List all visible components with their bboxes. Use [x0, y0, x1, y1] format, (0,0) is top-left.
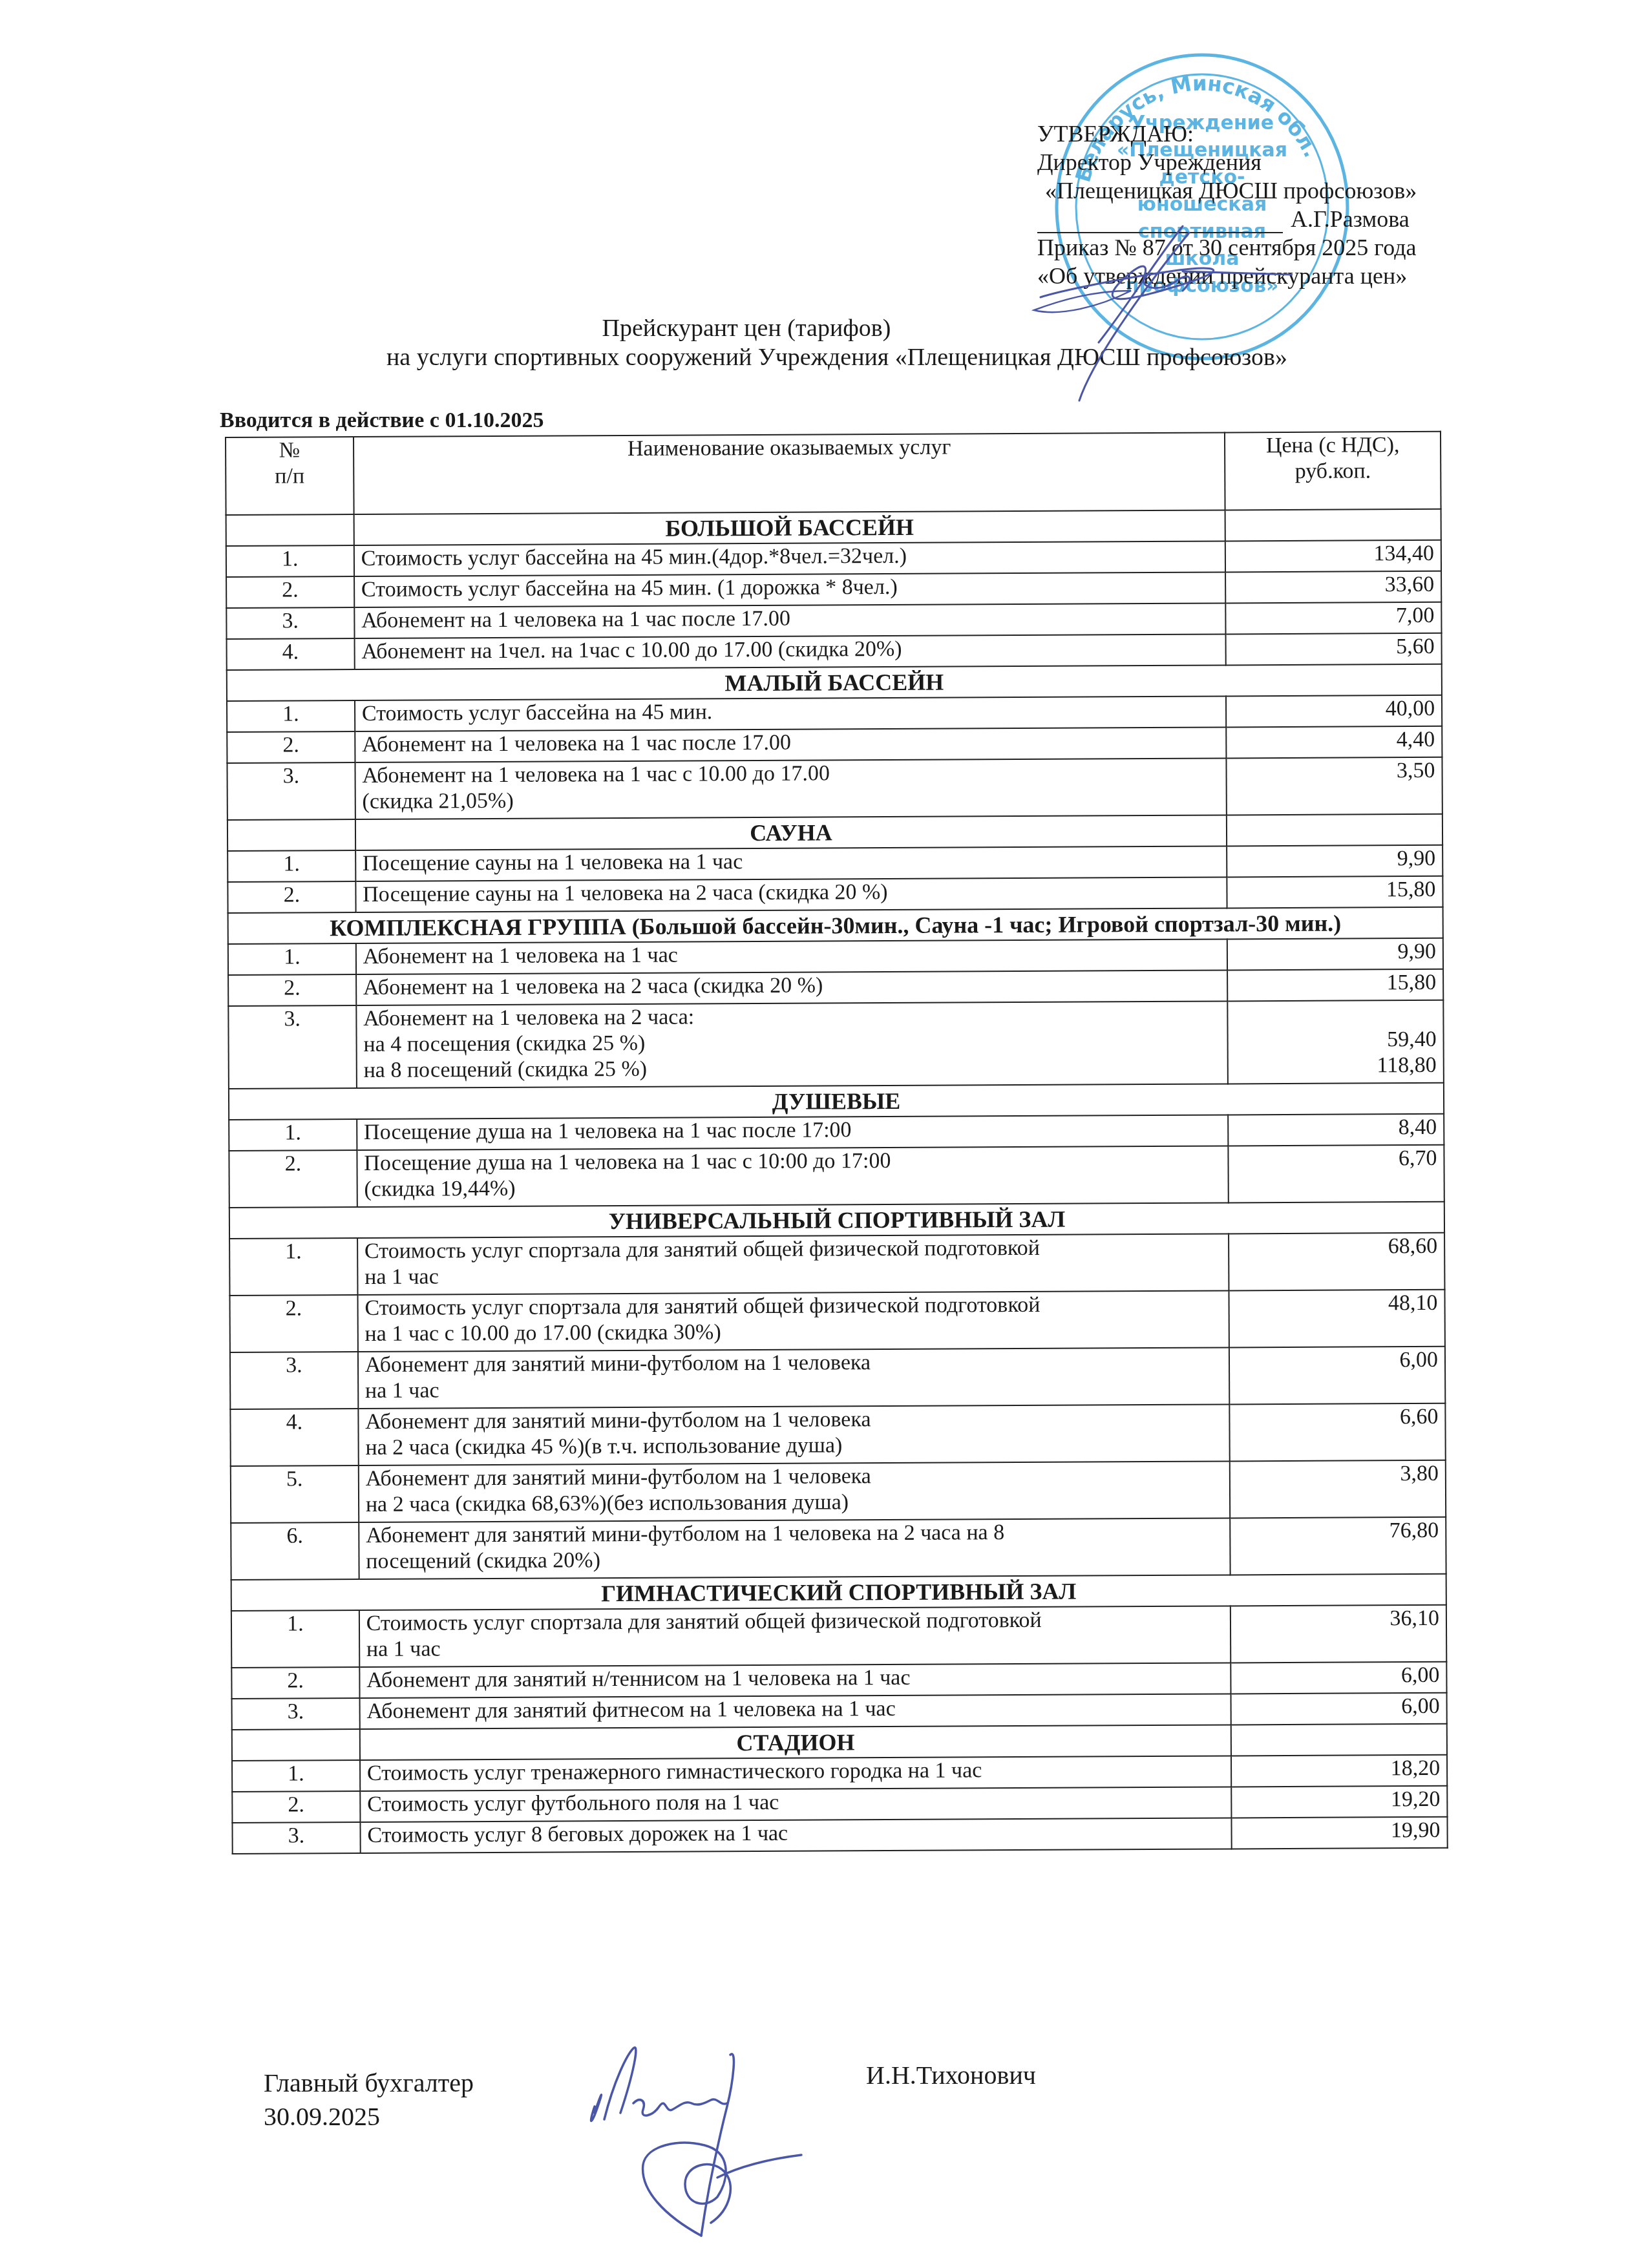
- service-name: Стоимость услуг спортзала для занятий об…: [357, 1234, 1229, 1295]
- service-price: 59,40118,80: [1228, 1000, 1444, 1084]
- row-number: 4.: [230, 1409, 358, 1466]
- header-price-line2: руб.коп.: [1232, 458, 1433, 485]
- service-name-line: Абонемент для занятий мини-футболом на 1…: [365, 1405, 1223, 1434]
- price-value: 48,10: [1236, 1290, 1438, 1318]
- price-value: 15,80: [1234, 970, 1436, 997]
- row-number: 2.: [229, 1295, 357, 1352]
- service-price: 19,90: [1232, 1817, 1448, 1849]
- row-number: 6.: [231, 1522, 359, 1580]
- header-price-line1: Цена (с НДС),: [1232, 432, 1433, 459]
- table-row: 3.Абонемент на 1 человека на 1 час с 10.…: [227, 757, 1442, 820]
- service-price: 48,10: [1229, 1290, 1445, 1348]
- row-number: 2.: [226, 576, 354, 608]
- table-row: 6.Абонемент для занятий мини-футболом на…: [231, 1517, 1446, 1580]
- service-name: Абонемент на 1чел. на 1час с 10.00 до 17…: [354, 634, 1226, 669]
- service-name: Стоимость услуг футбольного поля на 1 ча…: [360, 1787, 1232, 1822]
- service-name-line: (скидка 19,44%): [364, 1172, 1221, 1202]
- service-name: Абонемент на 1 человека на 2 часа (скидк…: [356, 970, 1228, 1005]
- service-name: Абонемент для занятий мини-футболом на 1…: [359, 1518, 1231, 1579]
- service-name-line: Абонемент на 1 человека на 1 час с 10.00…: [362, 759, 1220, 788]
- section-price-cell: [1225, 509, 1441, 541]
- service-price: 33,60: [1225, 571, 1441, 604]
- price-table: № п/п Наименование оказываемых услуг Цен…: [225, 431, 1448, 1854]
- price-value: 6,70: [1236, 1146, 1437, 1173]
- accountant-role: Главный бухгалтер: [264, 2068, 474, 2099]
- accountant-signature-icon: [569, 2042, 866, 2262]
- service-price: 7,00: [1226, 602, 1442, 635]
- service-name: Посещение сауны на 1 человека на 1 час: [355, 846, 1227, 881]
- price-value: 4,40: [1233, 727, 1435, 754]
- service-name: Абонемент для занятий мини-футболом на 1…: [358, 1404, 1230, 1465]
- service-name: Посещение душа на 1 человека на 1 час с …: [357, 1146, 1229, 1207]
- service-name: Абонемент на 1 человека на 1 час после 1…: [355, 727, 1227, 762]
- price-value: 6,00: [1238, 1694, 1440, 1721]
- service-price: 6,70: [1229, 1145, 1444, 1203]
- service-name-line: Абонемент для занятий мини-футболом на 1…: [366, 1462, 1223, 1491]
- service-price: 134,40: [1225, 540, 1441, 572]
- service-name-line: Посещение душа на 1 человека на 1 час с …: [364, 1146, 1221, 1176]
- price-value: 18,20: [1238, 1756, 1440, 1783]
- service-name-line: Абонемент для занятий фитнесом на 1 чело…: [366, 1694, 1224, 1724]
- row-number: 1.: [228, 943, 356, 975]
- price-value: 8,40: [1235, 1115, 1437, 1142]
- service-name-line: Абонемент для занятий н/теннисом на 1 че…: [366, 1663, 1224, 1693]
- service-name-line: на 8 посещений (скидка 25 %): [363, 1053, 1221, 1083]
- service-name-line: Стоимость услуг тренажерного гимнастичес…: [367, 1756, 1225, 1786]
- section-number-cell: [232, 1729, 360, 1761]
- row-number: 3.: [230, 1352, 358, 1409]
- service-name-line: Стоимость услуг футбольного поля на 1 ча…: [367, 1787, 1225, 1817]
- column-header-price: Цена (с НДС), руб.коп.: [1225, 432, 1441, 510]
- service-price: 18,20: [1231, 1755, 1447, 1787]
- service-name-line: Посещение сауны на 1 человека на 2 часа …: [363, 877, 1220, 907]
- price-value: 118,80: [1235, 1053, 1437, 1080]
- row-number: 2.: [229, 1150, 357, 1208]
- service-name-line: Посещение душа на 1 человека на 1 час по…: [364, 1115, 1221, 1145]
- row-number: 2.: [227, 731, 355, 763]
- document-title: Прейскурант цен (тарифов): [0, 313, 1570, 343]
- price-value: 5,60: [1233, 634, 1435, 661]
- service-price: 19,20: [1231, 1786, 1447, 1818]
- service-name-line: Стоимость услуг бассейна на 45 мин.(4дор…: [361, 541, 1219, 571]
- service-name-line: на 2 часа (скидка 68,63%)(без использова…: [366, 1487, 1223, 1517]
- section-number-cell: [226, 514, 354, 546]
- service-price: 8,40: [1228, 1114, 1444, 1146]
- service-name: Абонемент для занятий мини-футболом на 1…: [358, 1347, 1230, 1409]
- service-name-line: Абонемент для занятий мини-футболом на 1…: [365, 1348, 1223, 1378]
- price-value: 33,60: [1232, 572, 1434, 599]
- table-row: 3.Абонемент на 1 человека на 2 часа:на 4…: [228, 1000, 1444, 1089]
- service-name: Стоимость услуг спортзала для занятий об…: [357, 1290, 1229, 1352]
- price-value: 76,80: [1237, 1518, 1439, 1545]
- service-name-line: Посещение сауны на 1 человека на 1 час: [363, 846, 1220, 876]
- table-row: 1.Стоимость услуг спортзала для занятий …: [229, 1233, 1444, 1296]
- service-name-line: Стоимость услуг 8 беговых дорожек на 1 ч…: [367, 1818, 1225, 1848]
- section-title: САУНА: [355, 815, 1227, 850]
- row-number: 3.: [228, 1005, 356, 1089]
- service-name-line: Абонемент на 1чел. на 1час с 10.00 до 17…: [361, 635, 1219, 664]
- service-price: 68,60: [1229, 1233, 1444, 1291]
- service-price: 15,80: [1227, 876, 1443, 908]
- row-number: 4.: [227, 638, 355, 670]
- service-name-line: Стоимость услуг бассейна на 45 мин.: [362, 697, 1220, 726]
- table-row: 2.Стоимость услуг спортзала для занятий …: [229, 1290, 1444, 1352]
- row-number: 2.: [228, 974, 356, 1006]
- service-price: 6,00: [1231, 1693, 1447, 1725]
- service-price: 6,00: [1229, 1347, 1445, 1405]
- service-name-line: Абонемент на 1 человека на 1 час: [363, 940, 1221, 969]
- row-number: 1.: [229, 1119, 357, 1151]
- service-price: 6,00: [1231, 1662, 1447, 1694]
- row-number: 3.: [226, 607, 354, 639]
- price-value: 19,20: [1238, 1787, 1440, 1814]
- service-name-line: Абонемент на 1 человека на 1 час после 1…: [361, 604, 1219, 633]
- price-value: 59,40: [1235, 1027, 1437, 1054]
- service-name: Стоимость услуг бассейна на 45 мин.(4дор…: [354, 541, 1226, 576]
- service-name-line: на 1 час: [364, 1260, 1222, 1290]
- section-price-cell: [1227, 814, 1442, 846]
- service-price: 3,50: [1227, 757, 1442, 815]
- service-price: 15,80: [1227, 969, 1443, 1002]
- service-name: Абонемент на 1 человека на 2 часа:на 4 п…: [356, 1001, 1228, 1088]
- accountant-date: 30.09.2025: [264, 2101, 380, 2132]
- table-header-row: № п/п Наименование оказываемых услуг Цен…: [226, 432, 1441, 515]
- service-name-line: на 4 посещения (скидка 25 %): [363, 1027, 1221, 1057]
- accountant-name: И.Н.Тихонович: [866, 2060, 1036, 2090]
- price-value: 3,80: [1237, 1461, 1439, 1488]
- service-name: Абонемент на 1 человека на 1 час: [356, 939, 1228, 974]
- price-value: 68,60: [1236, 1234, 1437, 1261]
- row-number: 1.: [227, 850, 355, 882]
- service-name-line: Абонемент на 1 человека на 1 час после 1…: [362, 728, 1220, 757]
- director-signature-icon: [1021, 194, 1293, 407]
- price-value: [1235, 1001, 1437, 1028]
- section-number-cell: [227, 819, 355, 851]
- price-value: 6,00: [1238, 1663, 1440, 1690]
- table-row: 1.Стоимость услуг спортзала для занятий …: [231, 1605, 1446, 1668]
- row-number: 2.: [231, 1667, 359, 1699]
- service-name: Стоимость услуг тренажерного гимнастичес…: [360, 1756, 1232, 1791]
- service-name: Абонемент для занятий н/теннисом на 1 че…: [359, 1663, 1231, 1698]
- price-value: 6,00: [1236, 1347, 1438, 1374]
- service-name: Абонемент для занятий фитнесом на 1 чело…: [359, 1694, 1231, 1729]
- service-name: Посещение сауны на 1 человека на 2 часа …: [355, 877, 1227, 912]
- row-number: 1.: [226, 545, 354, 577]
- service-price: 3,80: [1230, 1460, 1446, 1518]
- column-header-service: Наименование оказываемых услуг: [354, 432, 1225, 514]
- price-value: 134,40: [1232, 541, 1434, 568]
- service-name-line: Стоимость услуг спортзала для занятий об…: [364, 1234, 1222, 1264]
- price-value: 9,90: [1234, 846, 1435, 873]
- price-value: 3,50: [1234, 758, 1435, 785]
- price-table-body: БОЛЬШОЙ БАССЕЙН1.Стоимость услуг бассейн…: [226, 509, 1448, 1854]
- service-name-line: Абонемент для занятий мини-футболом на 1…: [366, 1518, 1223, 1548]
- table-row: 5.Абонемент для занятий мини-футболом на…: [231, 1460, 1446, 1523]
- service-price: 76,80: [1230, 1517, 1446, 1575]
- service-name: Посещение душа на 1 человека на 1 час по…: [357, 1115, 1229, 1150]
- document-subtitle: на услуги спортивных сооружений Учрежден…: [13, 342, 1648, 372]
- header-number-label: п/п: [233, 463, 346, 490]
- price-value: 7,00: [1233, 603, 1435, 630]
- section-title: СТАДИОН: [360, 1725, 1232, 1760]
- service-price: 36,10: [1231, 1605, 1446, 1663]
- price-value: 6,60: [1237, 1404, 1439, 1431]
- row-number: 2.: [227, 881, 355, 913]
- effective-date: Вводится в действие с 01.10.2025: [220, 408, 544, 433]
- row-number: 2.: [232, 1791, 360, 1823]
- service-name-line: на 1 час: [366, 1632, 1224, 1662]
- service-name-line: посещений (скидка 20%): [366, 1544, 1223, 1574]
- service-name: Стоимость услуг спортзала для занятий об…: [359, 1606, 1231, 1667]
- service-name: Стоимость услуг бассейна на 45 мин.: [355, 696, 1227, 731]
- service-name-line: Абонемент на 1 человека на 2 часа:: [363, 1002, 1221, 1031]
- row-number: 3.: [227, 762, 355, 820]
- row-number: 1.: [231, 1610, 359, 1668]
- approval-signatory: А.Г.Размова: [1291, 205, 1410, 233]
- price-value: 9,90: [1234, 939, 1436, 966]
- table-row: 3.Абонемент для занятий мини-футболом на…: [230, 1347, 1445, 1409]
- price-value: 15,80: [1234, 877, 1436, 904]
- service-price: 9,90: [1227, 938, 1443, 971]
- row-number: 1.: [232, 1760, 360, 1792]
- column-header-number: № п/п: [226, 437, 354, 515]
- service-name-line: Стоимость услуг бассейна на 45 мин. (1 д…: [361, 572, 1219, 602]
- service-price: 6,60: [1230, 1403, 1446, 1462]
- service-name-line: на 1 час: [365, 1374, 1223, 1403]
- section-title: БОЛЬШОЙ БАССЕЙН: [354, 510, 1225, 545]
- service-name: Стоимость услуг бассейна на 45 мин. (1 д…: [354, 572, 1226, 607]
- table-row: 3.Стоимость услуг 8 беговых дорожек на 1…: [232, 1817, 1447, 1854]
- service-price: 5,60: [1226, 633, 1442, 666]
- row-number: 3.: [232, 1698, 360, 1730]
- service-name-line: (скидка 21,05%): [362, 784, 1220, 814]
- price-value: 36,10: [1238, 1606, 1439, 1633]
- section-price-cell: [1231, 1724, 1447, 1756]
- service-price: 9,90: [1227, 845, 1442, 877]
- row-number: 3.: [232, 1822, 360, 1854]
- service-price: 40,00: [1226, 695, 1442, 728]
- service-name: Стоимость услуг 8 беговых дорожек на 1 ч…: [360, 1818, 1232, 1853]
- service-name: Абонемент на 1 человека на 1 час после 1…: [354, 603, 1226, 638]
- price-value: 40,00: [1233, 696, 1435, 723]
- approval-heading: УТВЕРЖДАЮ:: [1037, 120, 1503, 148]
- service-name: Абонемент для занятий мини-футболом на 1…: [359, 1461, 1231, 1522]
- service-name-line: Стоимость услуг спортзала для занятий об…: [364, 1291, 1222, 1321]
- service-name-line: Абонемент на 1 человека на 2 часа (скидк…: [363, 971, 1221, 1000]
- header-number-symbol: №: [233, 437, 346, 464]
- price-value: 19,90: [1239, 1818, 1441, 1845]
- row-number: 5.: [231, 1465, 359, 1523]
- service-name-line: на 1 час с 10.00 до 17.00 (скидка 30%): [364, 1317, 1222, 1347]
- table-row: 2.Посещение душа на 1 человека на 1 час …: [229, 1145, 1444, 1208]
- service-name-line: на 2 часа (скидка 45 %)(в т.ч. использов…: [365, 1431, 1223, 1460]
- service-name-line: Стоимость услуг спортзала для занятий об…: [366, 1606, 1224, 1636]
- service-price: 4,40: [1226, 726, 1442, 759]
- service-name: Абонемент на 1 человека на 1 час с 10.00…: [355, 758, 1227, 819]
- row-number: 1.: [227, 700, 355, 732]
- approval-position: Директор Учреждения: [1037, 148, 1503, 176]
- table-row: 4.Абонемент для занятий мини-футболом на…: [230, 1403, 1445, 1466]
- row-number: 1.: [229, 1238, 357, 1296]
